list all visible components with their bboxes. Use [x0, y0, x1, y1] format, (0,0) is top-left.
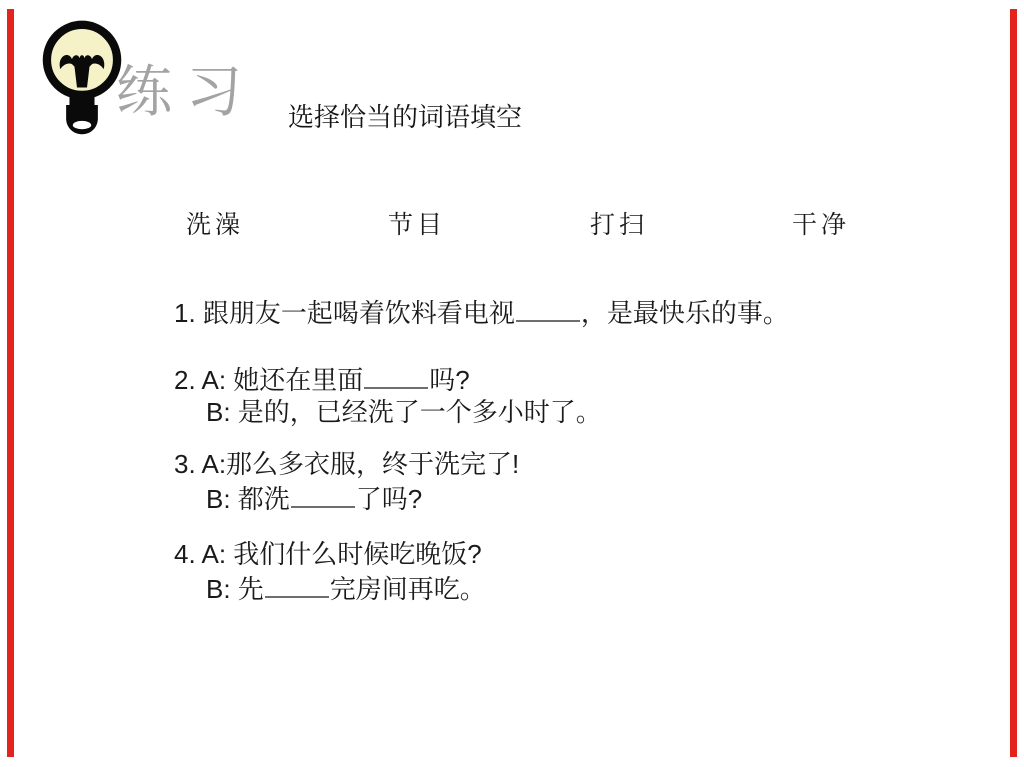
blank-underline [291, 480, 355, 508]
exercise-text: ，是最快乐的事。 [581, 298, 789, 328]
blank-underline [516, 294, 580, 322]
exercise-line: 2. A: 她还在里面吗? [174, 361, 602, 396]
exercise-line: 4. A: 我们什么时候吃晚饭? [174, 538, 486, 570]
exercise-line: B: 先完房间再吃。 [206, 570, 486, 605]
exercise-item: 3. A:那么多衣服，终于洗完了!B: 都洗了吗? [174, 448, 519, 515]
blank-underline [265, 570, 329, 598]
exercise-text: 1. 跟朋友一起喝着饮料看电视 [174, 298, 515, 328]
exercise-text: 完房间再吃。 [330, 574, 486, 604]
exercise-line: B: 是的，已经洗了一个多小时了。 [206, 396, 602, 428]
exercise-line: 1. 跟朋友一起喝着饮料看电视，是最快乐的事。 [174, 294, 789, 329]
exercise-text: B: 都洗 [206, 484, 290, 514]
exercise-item: 1. 跟朋友一起喝着饮料看电视，是最快乐的事。 [174, 294, 789, 329]
exercise-item: 4. A: 我们什么时候吃晚饭?B: 先完房间再吃。 [174, 538, 486, 605]
exercise-text: 吗? [429, 365, 469, 395]
exercise-list: 1. 跟朋友一起喝着饮料看电视，是最快乐的事。2. A: 她还在里面吗?B: 是… [0, 0, 1024, 767]
exercise-text: 4. A: 我们什么时候吃晚饭? [174, 539, 482, 569]
exercise-line: B: 都洗了吗? [206, 480, 519, 515]
slide: 练习 选择恰当的词语填空 洗澡节目打扫干净 1. 跟朋友一起喝着饮料看电视，是最… [0, 0, 1024, 767]
exercise-text: 3. A:那么多衣服，终于洗完了! [174, 449, 519, 479]
exercise-text: B: 先 [206, 574, 264, 604]
exercise-item: 2. A: 她还在里面吗?B: 是的，已经洗了一个多小时了。 [174, 361, 602, 428]
exercise-text: 了吗? [356, 484, 422, 514]
exercise-line: 3. A:那么多衣服，终于洗完了! [174, 448, 519, 480]
exercise-text: B: 是的，已经洗了一个多小时了。 [206, 397, 602, 427]
blank-underline [364, 361, 428, 389]
exercise-text: 2. A: 她还在里面 [174, 365, 363, 395]
